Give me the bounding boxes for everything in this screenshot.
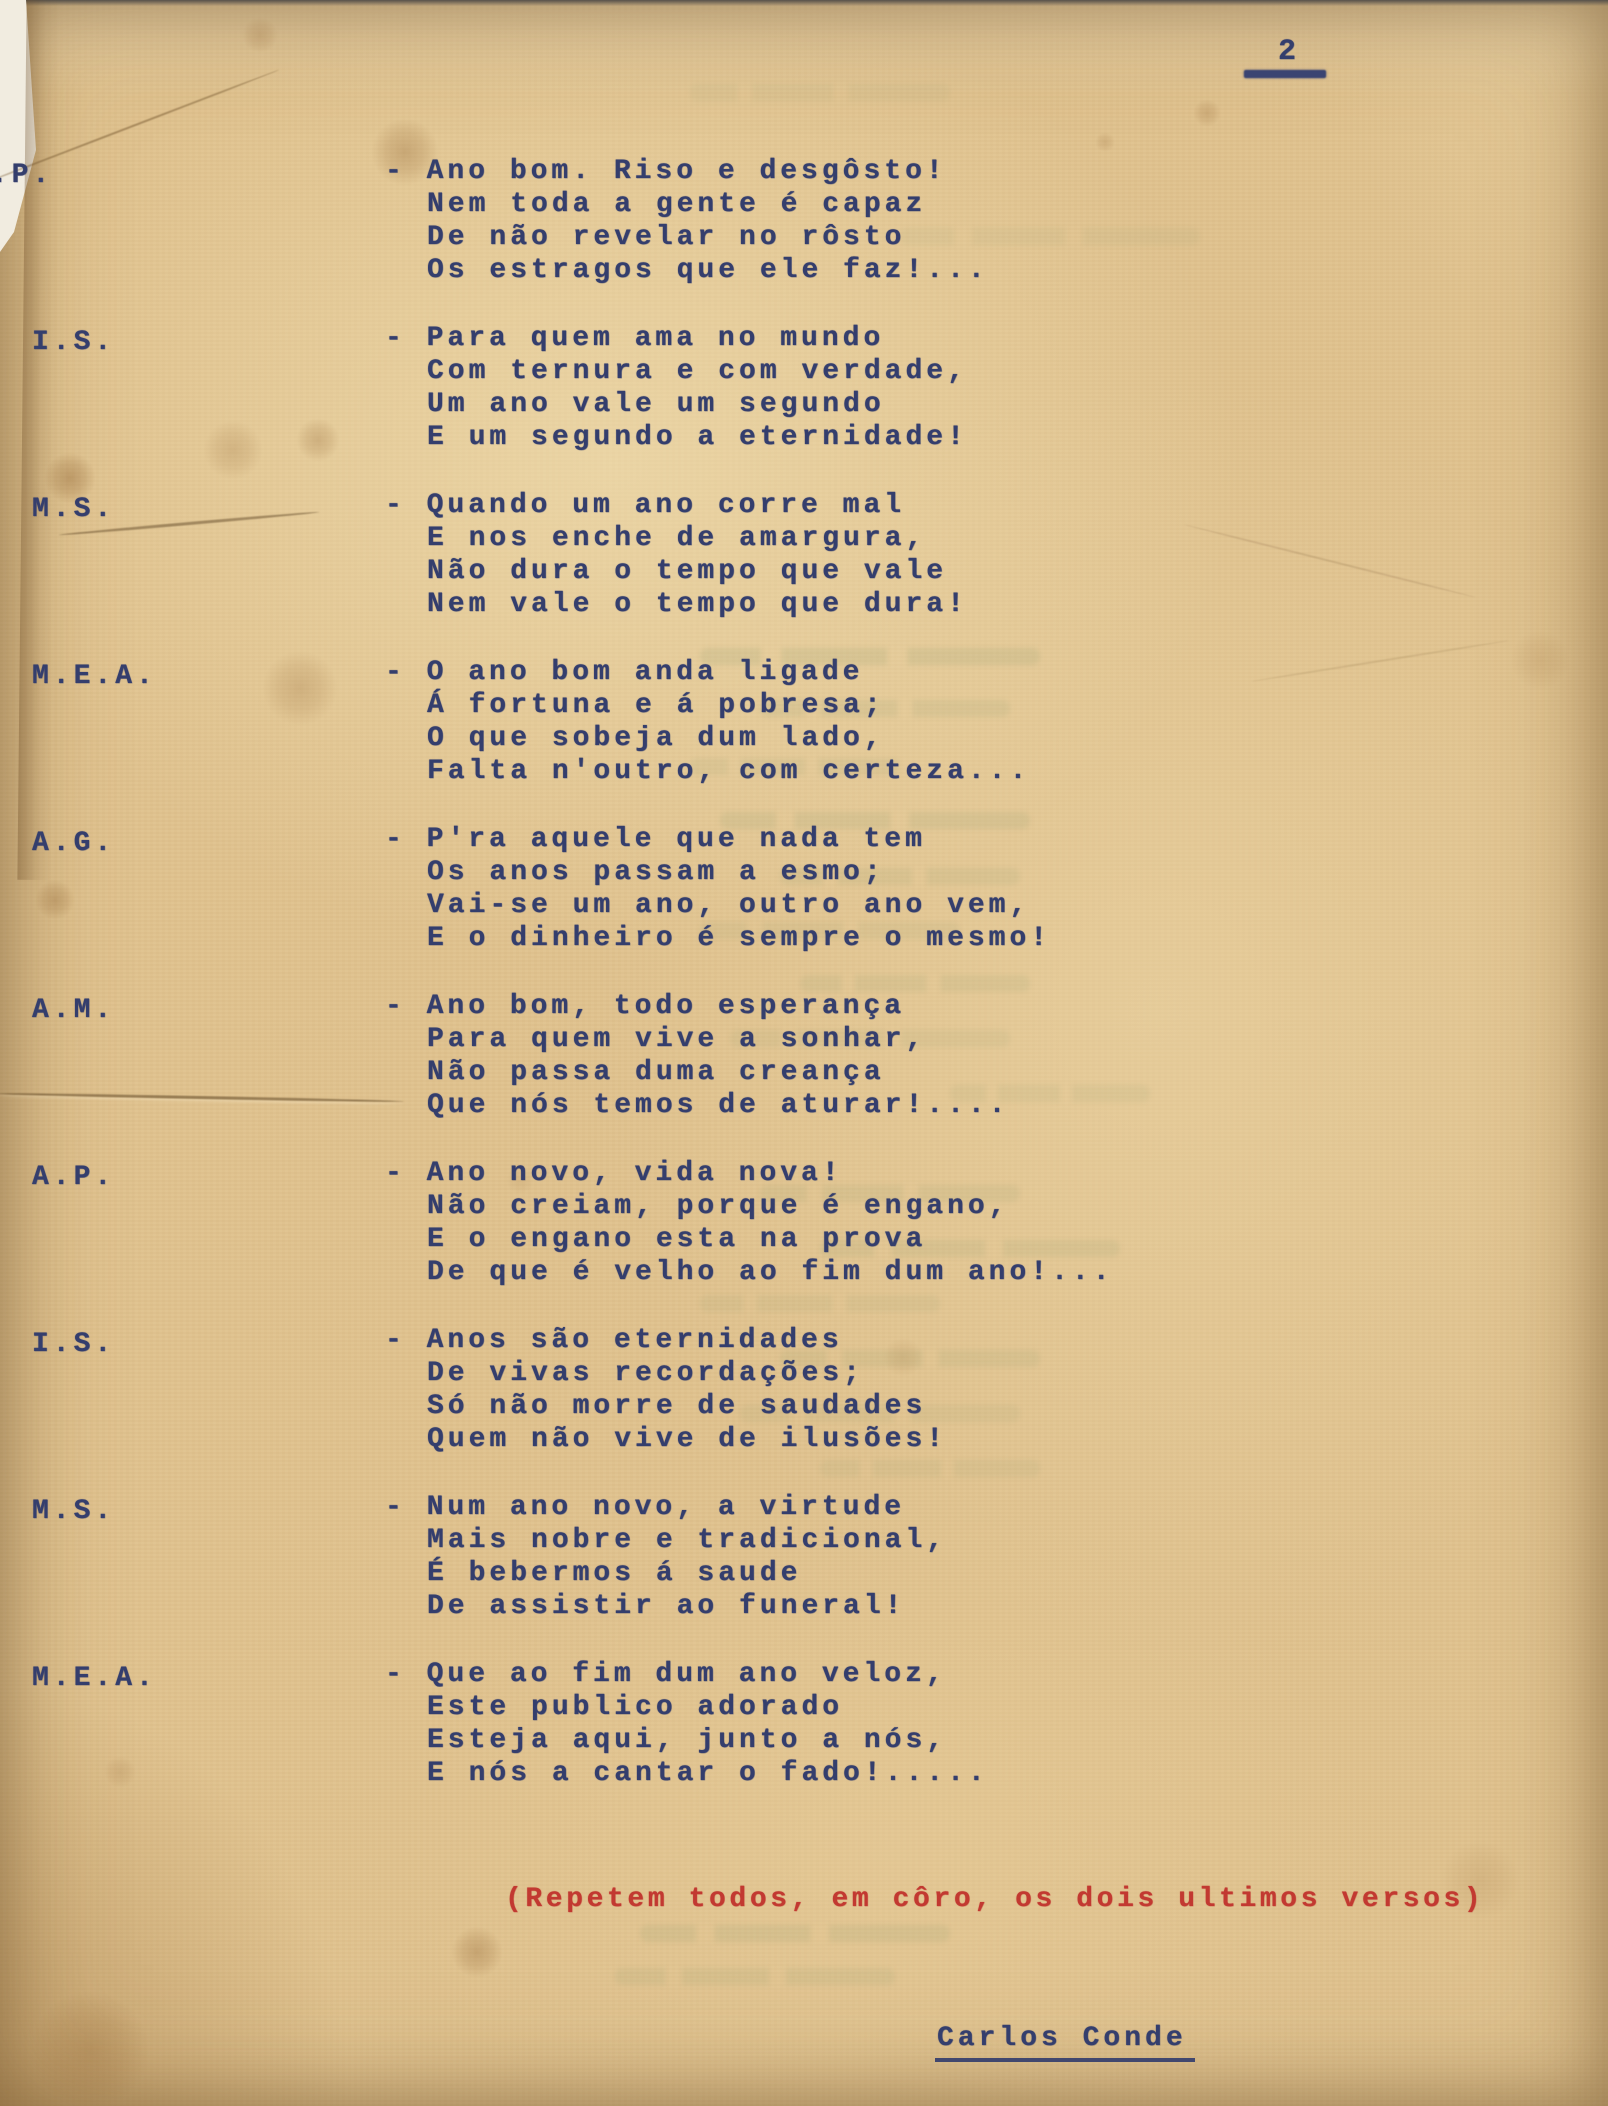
- speaker-label: I.S.: [32, 326, 115, 359]
- speaker-label: A.P.: [0, 159, 53, 192]
- page-number: 2: [1278, 36, 1300, 69]
- verse: - Ano bom. Riso e desgôsto!Nem toda a ge…: [385, 155, 989, 287]
- verse-line: Só não morre de saudades: [385, 1390, 947, 1423]
- verse-line: Vai-se um ano, outro ano vem,: [385, 889, 1051, 922]
- verse-line: Mais nobre e tradicional,: [385, 1524, 947, 1557]
- verse-line: O que sobeja dum lado,: [385, 722, 1030, 755]
- speaker-label: M.E.A.: [32, 660, 157, 693]
- verse-line: É bebermos á saude: [385, 1557, 947, 1590]
- verse: - Que ao fim dum ano veloz,Este publico …: [385, 1658, 989, 1790]
- bleed-through-mark: [700, 1295, 940, 1312]
- speaker-label: A.M.: [32, 994, 115, 1027]
- verse-line: Esteja aqui, junto a nós,: [385, 1724, 989, 1757]
- verse-line: - P'ra aquele que nada tem: [385, 823, 1051, 856]
- verse: - P'ra aquele que nada temOs anos passam…: [385, 823, 1051, 955]
- verse-line: De assistir ao funeral!: [385, 1590, 947, 1623]
- paper-stain: [203, 420, 263, 480]
- speaker-label: M.E.A.: [32, 1662, 157, 1695]
- paper-stain: [35, 880, 75, 920]
- paper-stain: [104, 1756, 136, 1788]
- paper-stain: [30, 1990, 150, 2106]
- verse-line: Para quem vive a sonhar,: [385, 1023, 1009, 1056]
- verse-line: Á fortuna e á pobresa;: [385, 689, 1030, 722]
- speaker-label: I.S.: [32, 1328, 115, 1361]
- verse-line: Um ano vale um segundo: [385, 388, 968, 421]
- verse-line: Que nós temos de aturar!....: [385, 1089, 1009, 1122]
- verse-line: E o dinheiro é sempre o mesmo!: [385, 922, 1051, 955]
- paper-stain: [1193, 99, 1221, 127]
- verse-line: E nos enche de amargura,: [385, 522, 968, 555]
- verse-line: De vivas recordações;: [385, 1357, 947, 1390]
- verse-line: Nem vale o tempo que dura!: [385, 588, 968, 621]
- verse-line: - Para quem ama no mundo: [385, 322, 968, 355]
- verse-line: E o engano esta na prova: [385, 1223, 1114, 1256]
- verse-line: De não revelar no rôsto: [385, 221, 989, 254]
- verse-line: - Anos são eternidades: [385, 1324, 947, 1357]
- verse-line: Falta n'outro, com certeza...: [385, 755, 1030, 788]
- verse-line: - Ano novo, vida nova!: [385, 1157, 1114, 1190]
- verse: - Ano bom, todo esperançaPara quem vive …: [385, 990, 1009, 1122]
- paper-stain: [242, 17, 278, 53]
- paper-stain: [296, 418, 340, 462]
- verse-line: - Num ano novo, a virtude: [385, 1491, 947, 1524]
- verse: - Para quem ama no mundoCom ternura e co…: [385, 322, 968, 454]
- speaker-label: A.G.: [32, 827, 115, 860]
- document-page: 2 A.P. - Ano bom. Riso e desgôsto!Nem to…: [0, 0, 1608, 2106]
- crease-line: [0, 1092, 404, 1103]
- paper-stain: [451, 1926, 503, 1978]
- speaker-label: M.S.: [32, 1495, 115, 1528]
- scan-top-edge: [0, 0, 1608, 6]
- verse-line: De que é velho ao fim dum ano!...: [385, 1256, 1114, 1289]
- verse: - Anos são eternidadesDe vivas recordaçõ…: [385, 1324, 947, 1456]
- crease-line: [1184, 524, 1476, 599]
- verse-line: - Quando um ano corre mal: [385, 489, 968, 522]
- paper-stain: [262, 650, 338, 726]
- verse: - Ano novo, vida nova!Não creiam, porque…: [385, 1157, 1114, 1289]
- bleed-through-mark: [690, 84, 950, 101]
- verse-line: - Ano bom. Riso e desgôsto!: [385, 155, 989, 188]
- signature: Carlos Conde: [935, 2022, 1195, 2062]
- crease-line: [1251, 640, 1508, 683]
- verse-line: Não creiam, porque é engano,: [385, 1190, 1114, 1223]
- verse-line: - Que ao fim dum ano veloz,: [385, 1658, 989, 1691]
- verse: - Num ano novo, a virtudeMais nobre e tr…: [385, 1491, 947, 1623]
- verse-line: Não passa duma creança: [385, 1056, 1009, 1089]
- verse-line: - Ano bom, todo esperança: [385, 990, 1009, 1023]
- speaker-label: M.S.: [32, 493, 115, 526]
- verse: - Quando um ano corre malE nos enche de …: [385, 489, 968, 621]
- page-number-underline: [1244, 70, 1326, 78]
- verse-line: E nós a cantar o fado!.....: [385, 1757, 989, 1790]
- paper-stain: [1510, 630, 1570, 690]
- verse-line: Quem não vive de ilusões!: [385, 1423, 947, 1456]
- verse-line: Os anos passam a esmo;: [385, 856, 1051, 889]
- verse-line: Não dura o tempo que vale: [385, 555, 968, 588]
- bleed-through-mark: [820, 1460, 1040, 1477]
- verse-line: Com ternura e com verdade,: [385, 355, 968, 388]
- paper-stain: [1095, 132, 1115, 152]
- bleed-through-mark: [640, 1925, 950, 1942]
- verse: - O ano bom anda ligadeÁ fortuna e á pob…: [385, 656, 1030, 788]
- speaker-label: A.P.: [32, 1161, 115, 1194]
- stage-direction: (Repetem todos, em côro, os dois ultimos…: [505, 1884, 1484, 1915]
- verse-line: Nem toda a gente é capaz: [385, 188, 989, 221]
- verse-line: E um segundo a eternidade!: [385, 421, 968, 454]
- verse-line: - O ano bom anda ligade: [385, 656, 1030, 689]
- bleed-through-mark: [615, 1968, 895, 1985]
- verse-line: Este publico adorado: [385, 1691, 989, 1724]
- verse-line: Os estragos que ele faz!...: [385, 254, 989, 287]
